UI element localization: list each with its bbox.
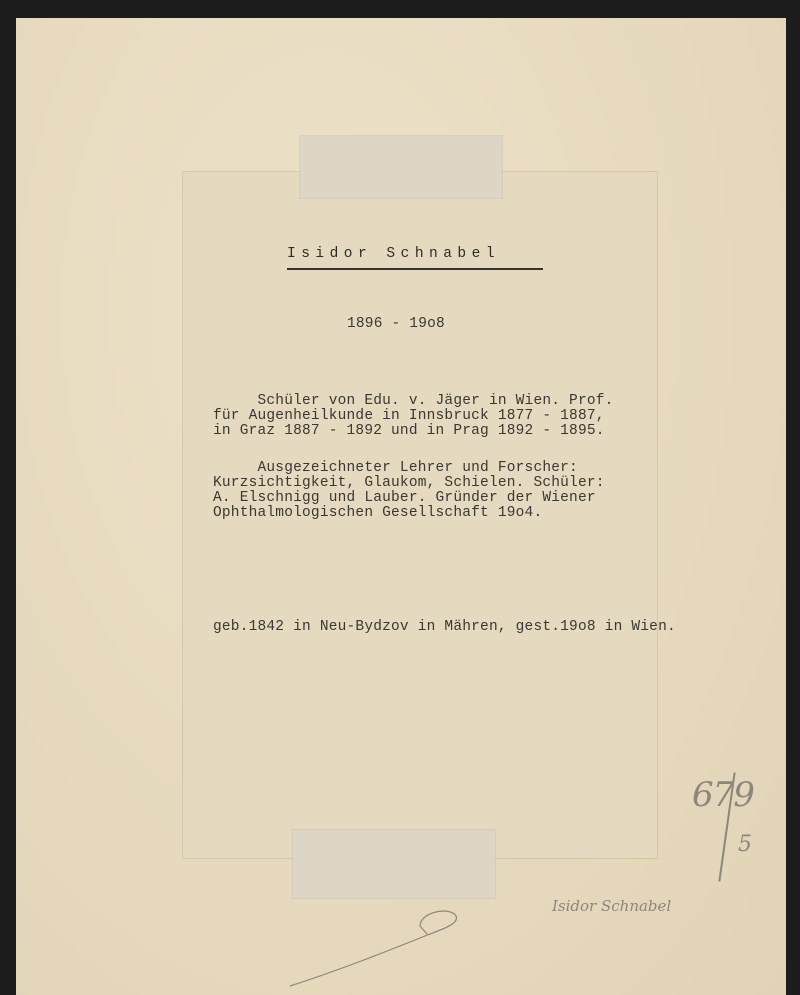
date-range: 1896 - 19o8: [347, 317, 445, 332]
tape-strip-top: [300, 136, 502, 198]
shelf-number-annotation: 679: [692, 775, 754, 815]
shelf-sub-annotation: 5: [738, 832, 752, 857]
birth-death-line: geb.1842 in Neu-Bydzov in Mähren, gest.1…: [213, 620, 676, 635]
document-title: Isidor Schnabel: [287, 246, 500, 262]
biography-paragraph-2: Ausgezeichneter Lehrer und Forscher: Kur…: [213, 461, 605, 521]
title-underline: [287, 268, 543, 270]
pencil-squiggle-mark: [280, 900, 480, 990]
biography-paragraph-1: Schüler von Edu. v. Jäger in Wien. Prof.…: [213, 394, 614, 439]
handwritten-name-note: Isidor Schnabel: [552, 897, 671, 915]
tape-strip-bottom: [293, 830, 495, 898]
